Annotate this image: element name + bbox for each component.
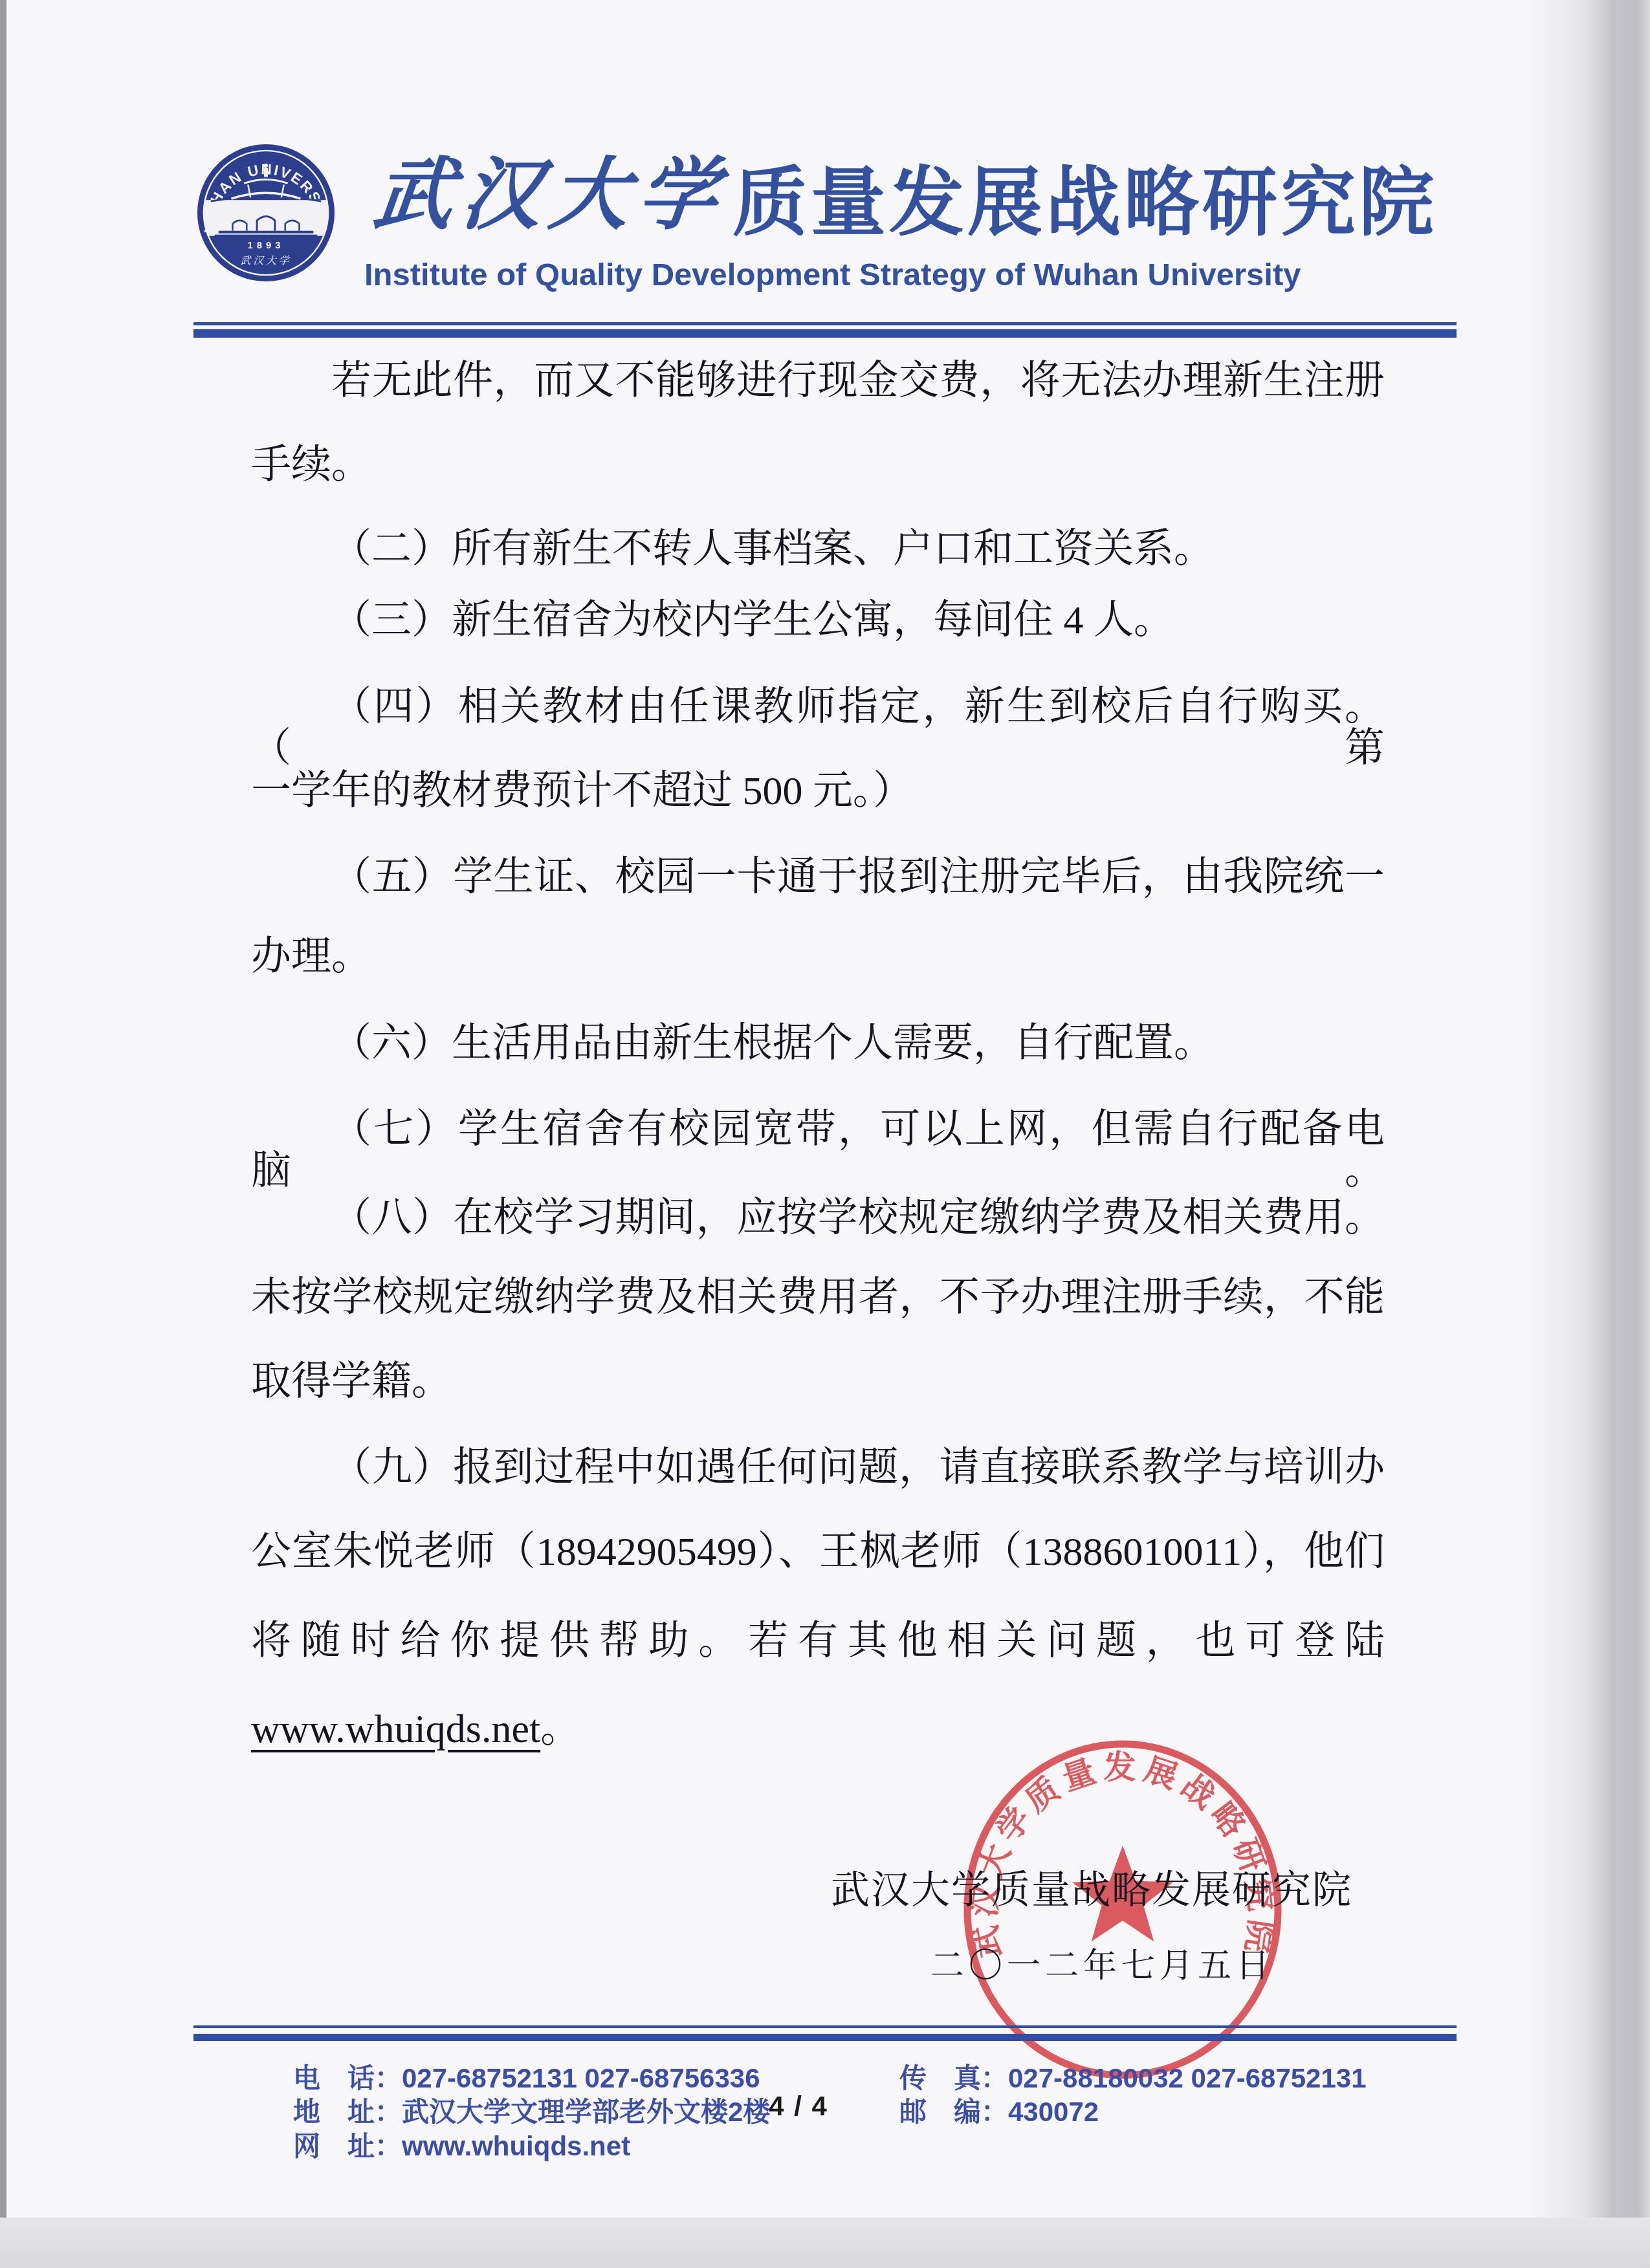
scan-edge-left <box>0 0 6 2268</box>
body-line: （六）生活用品由新生根据个人需要，自行配置。 <box>251 1023 1385 1065</box>
signature-organization: 武汉大学质量战略发展研究院 <box>831 1870 1352 1911</box>
website-url-period: 。 <box>540 1707 580 1751</box>
footer-address-label: 地 址： <box>293 2097 402 2127</box>
footer-fax-value: 027-88180032 027-68752131 <box>1008 2063 1367 2093</box>
body-line: （九）报到过程中如遇任何问题，请直接联系教学与培训办 <box>251 1447 1385 1490</box>
footer-rule-thick <box>193 2034 1457 2041</box>
body-line: 若无此件，而又不能够进行现金交费，将无法办理新生注册 <box>251 360 1385 403</box>
website-url-text: www.whuiqds.net <box>251 1707 540 1751</box>
footer-phone-value: 027-68752131 027-68756336 <box>402 2063 760 2093</box>
footer-fax-label: 传 真： <box>899 2063 1008 2093</box>
footer-zip-value: 430072 <box>1008 2097 1099 2127</box>
body-line: 公室朱悦老师（18942905499）、王枫老师（13886010011），他们 <box>251 1531 1385 1574</box>
scan-edge-bottom <box>0 2218 1650 2268</box>
body-line: 将随时给你提供帮助。若有其他相关问题，也可登陆 <box>251 1620 1385 1663</box>
page-number: 4 / 4 <box>756 2091 841 2121</box>
body-line: （七）学生宿舍有校园宽带，可以上网，但需自行配备电脑。 <box>251 1109 1385 1151</box>
footer-zip: 邮 编：430072 <box>899 2097 1099 2127</box>
body-line: （八）在校学习期间，应按学校规定缴纳学费及相关费用。 <box>251 1197 1385 1240</box>
footer-phone: 电 话：027-68752131 027-68756336 <box>293 2064 760 2093</box>
body-line: （二）所有新生不转人事档案、户口和工资关系。 <box>251 529 1385 571</box>
scanned-document-page: WUHAN UNIVERSITY 1893 武汉大学 武汉大学 <box>0 0 1650 2268</box>
body-line: 取得学籍。 <box>251 1361 1385 1404</box>
footer-rule-thin <box>193 2025 1457 2028</box>
body-line: （三）新生宿舍为校内学生公寓，每间住 4 人。 <box>251 600 1385 642</box>
footer-address: 地 址：武汉大学文理学部老外文楼2楼 <box>293 2097 770 2127</box>
footer-website-value: www.whuiqds.net <box>402 2131 630 2161</box>
body-line: 手续。 <box>251 444 1385 487</box>
footer-address-value: 武汉大学文理学部老外文楼2楼 <box>402 2097 770 2127</box>
body-line: （五）学生证、校园一卡通于报到注册完毕后，由我院统一 <box>251 856 1385 899</box>
body-line: 未按学校规定缴纳学费及相关费用者，不予办理注册手续，不能 <box>251 1277 1385 1320</box>
scan-edge-right <box>1527 0 1650 2268</box>
footer-fax: 传 真：027-88180032 027-68752131 <box>899 2064 1367 2093</box>
footer-phone-label: 电 话： <box>293 2063 402 2093</box>
body-line: 办理。 <box>251 936 1385 979</box>
signature-date: 二〇一二年七月五日 <box>930 1948 1274 1985</box>
body-line: （四）相关教材由任课教师指定，新生到校后自行购买。（第 <box>251 686 1385 729</box>
body-line: 一学年的教材费预计不超过 500 元。） <box>251 770 1385 813</box>
footer-website-label: 网 址： <box>293 2131 402 2161</box>
footer-website: 网 址：www.whuiqds.net <box>293 2132 630 2161</box>
footer-zip-label: 邮 编： <box>899 2097 1008 2127</box>
